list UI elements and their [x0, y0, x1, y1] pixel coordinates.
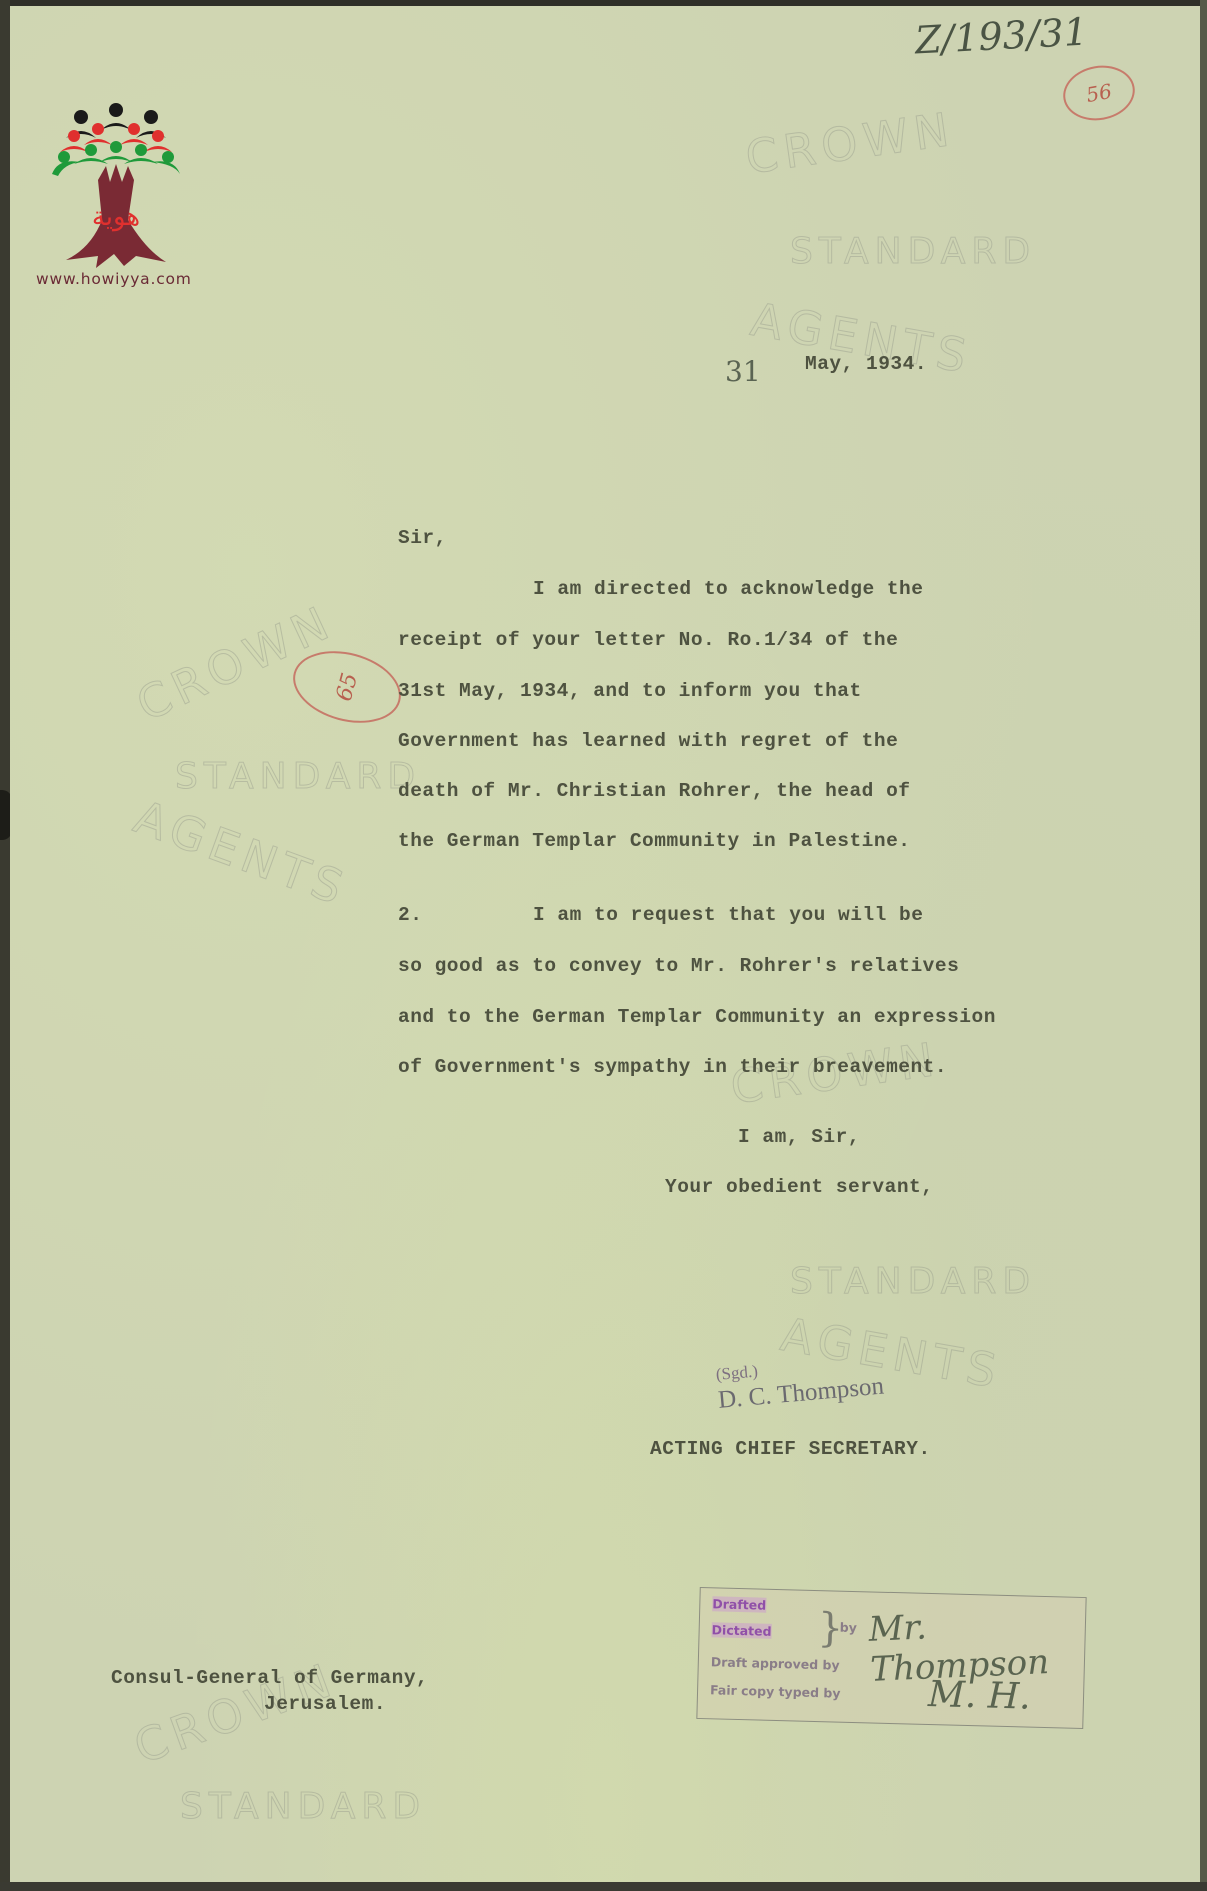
howiyya-logo-icon: هوية: [36, 100, 186, 290]
paragraph2-number: 2.: [398, 904, 422, 926]
paragraph1-line: 31st May, 1934, and to inform you that: [398, 680, 862, 702]
watermark-standard-mid: STANDARD: [790, 1261, 1036, 1302]
salutation: Sir,: [398, 527, 447, 549]
paragraph2-line: and to the German Templar Community an e…: [398, 1006, 996, 1028]
scan-edge-bottom: [0, 1882, 1207, 1891]
date-day-handwritten: 31: [725, 355, 761, 388]
file-reference: Z/193/31: [914, 10, 1089, 63]
paragraph1-line: I am directed to acknowledge the: [533, 578, 923, 600]
drafting-stamp: Drafted Dictated } by Mr. Thompson Draft…: [696, 1587, 1086, 1729]
svg-text:هوية: هوية: [92, 202, 140, 232]
signature-prefix: (Sgd.): [715, 1361, 759, 1384]
watermark-agents-left: AGENTS: [127, 789, 355, 916]
paragraph1-line: Government has learned with regret of th…: [398, 730, 898, 752]
paragraph2-line: so good as to convey to Mr. Rohrer's rel…: [398, 955, 959, 977]
paragraph2-line: I am to request that you will be: [533, 904, 923, 926]
stamp-drafted: Drafted: [712, 1596, 766, 1612]
stamp-handwritten-typist: M. H.: [928, 1674, 1032, 1718]
stamp-dictated: Dictated: [711, 1622, 771, 1639]
watermark-standard-bottom: STANDARD: [180, 1786, 426, 1827]
watermark-crown-top: CROWN: [742, 102, 958, 185]
stamp-draft-approved: Draft approved by: [711, 1654, 840, 1672]
letter-date: May, 1934.: [805, 353, 927, 375]
logo-url-text: www.howiyya.com: [36, 270, 192, 288]
closing-line1: I am, Sir,: [738, 1126, 860, 1148]
signature: (Sgd.) D. C. Thompson: [700, 1317, 885, 1416]
watermark-standard-left: STANDARD: [175, 756, 421, 797]
addressee-line2: Jerusalem.: [264, 1693, 386, 1715]
closing-line2: Your obedient servant,: [665, 1176, 933, 1198]
paragraph1-line: death of Mr. Christian Rohrer, the head …: [398, 780, 910, 802]
paragraph1-line: the German Templar Community in Palestin…: [398, 830, 910, 852]
watermark-standard-top: STANDARD: [790, 231, 1036, 272]
scan-edge-right: [1200, 0, 1207, 1891]
paragraph2-line: of Government's sympathy in their breave…: [398, 1056, 947, 1078]
paragraph1-line: receipt of your letter No. Ro.1/34 of th…: [398, 629, 898, 651]
signatory-title: ACTING CHIEF SECRETARY.: [650, 1438, 931, 1460]
addressee-line1: Consul-General of Germany,: [111, 1667, 428, 1689]
stamp-by-label: by: [840, 1620, 857, 1635]
scan-edge-left: [0, 0, 10, 1891]
stamp-fair-copy: Fair copy typed by: [710, 1682, 841, 1700]
